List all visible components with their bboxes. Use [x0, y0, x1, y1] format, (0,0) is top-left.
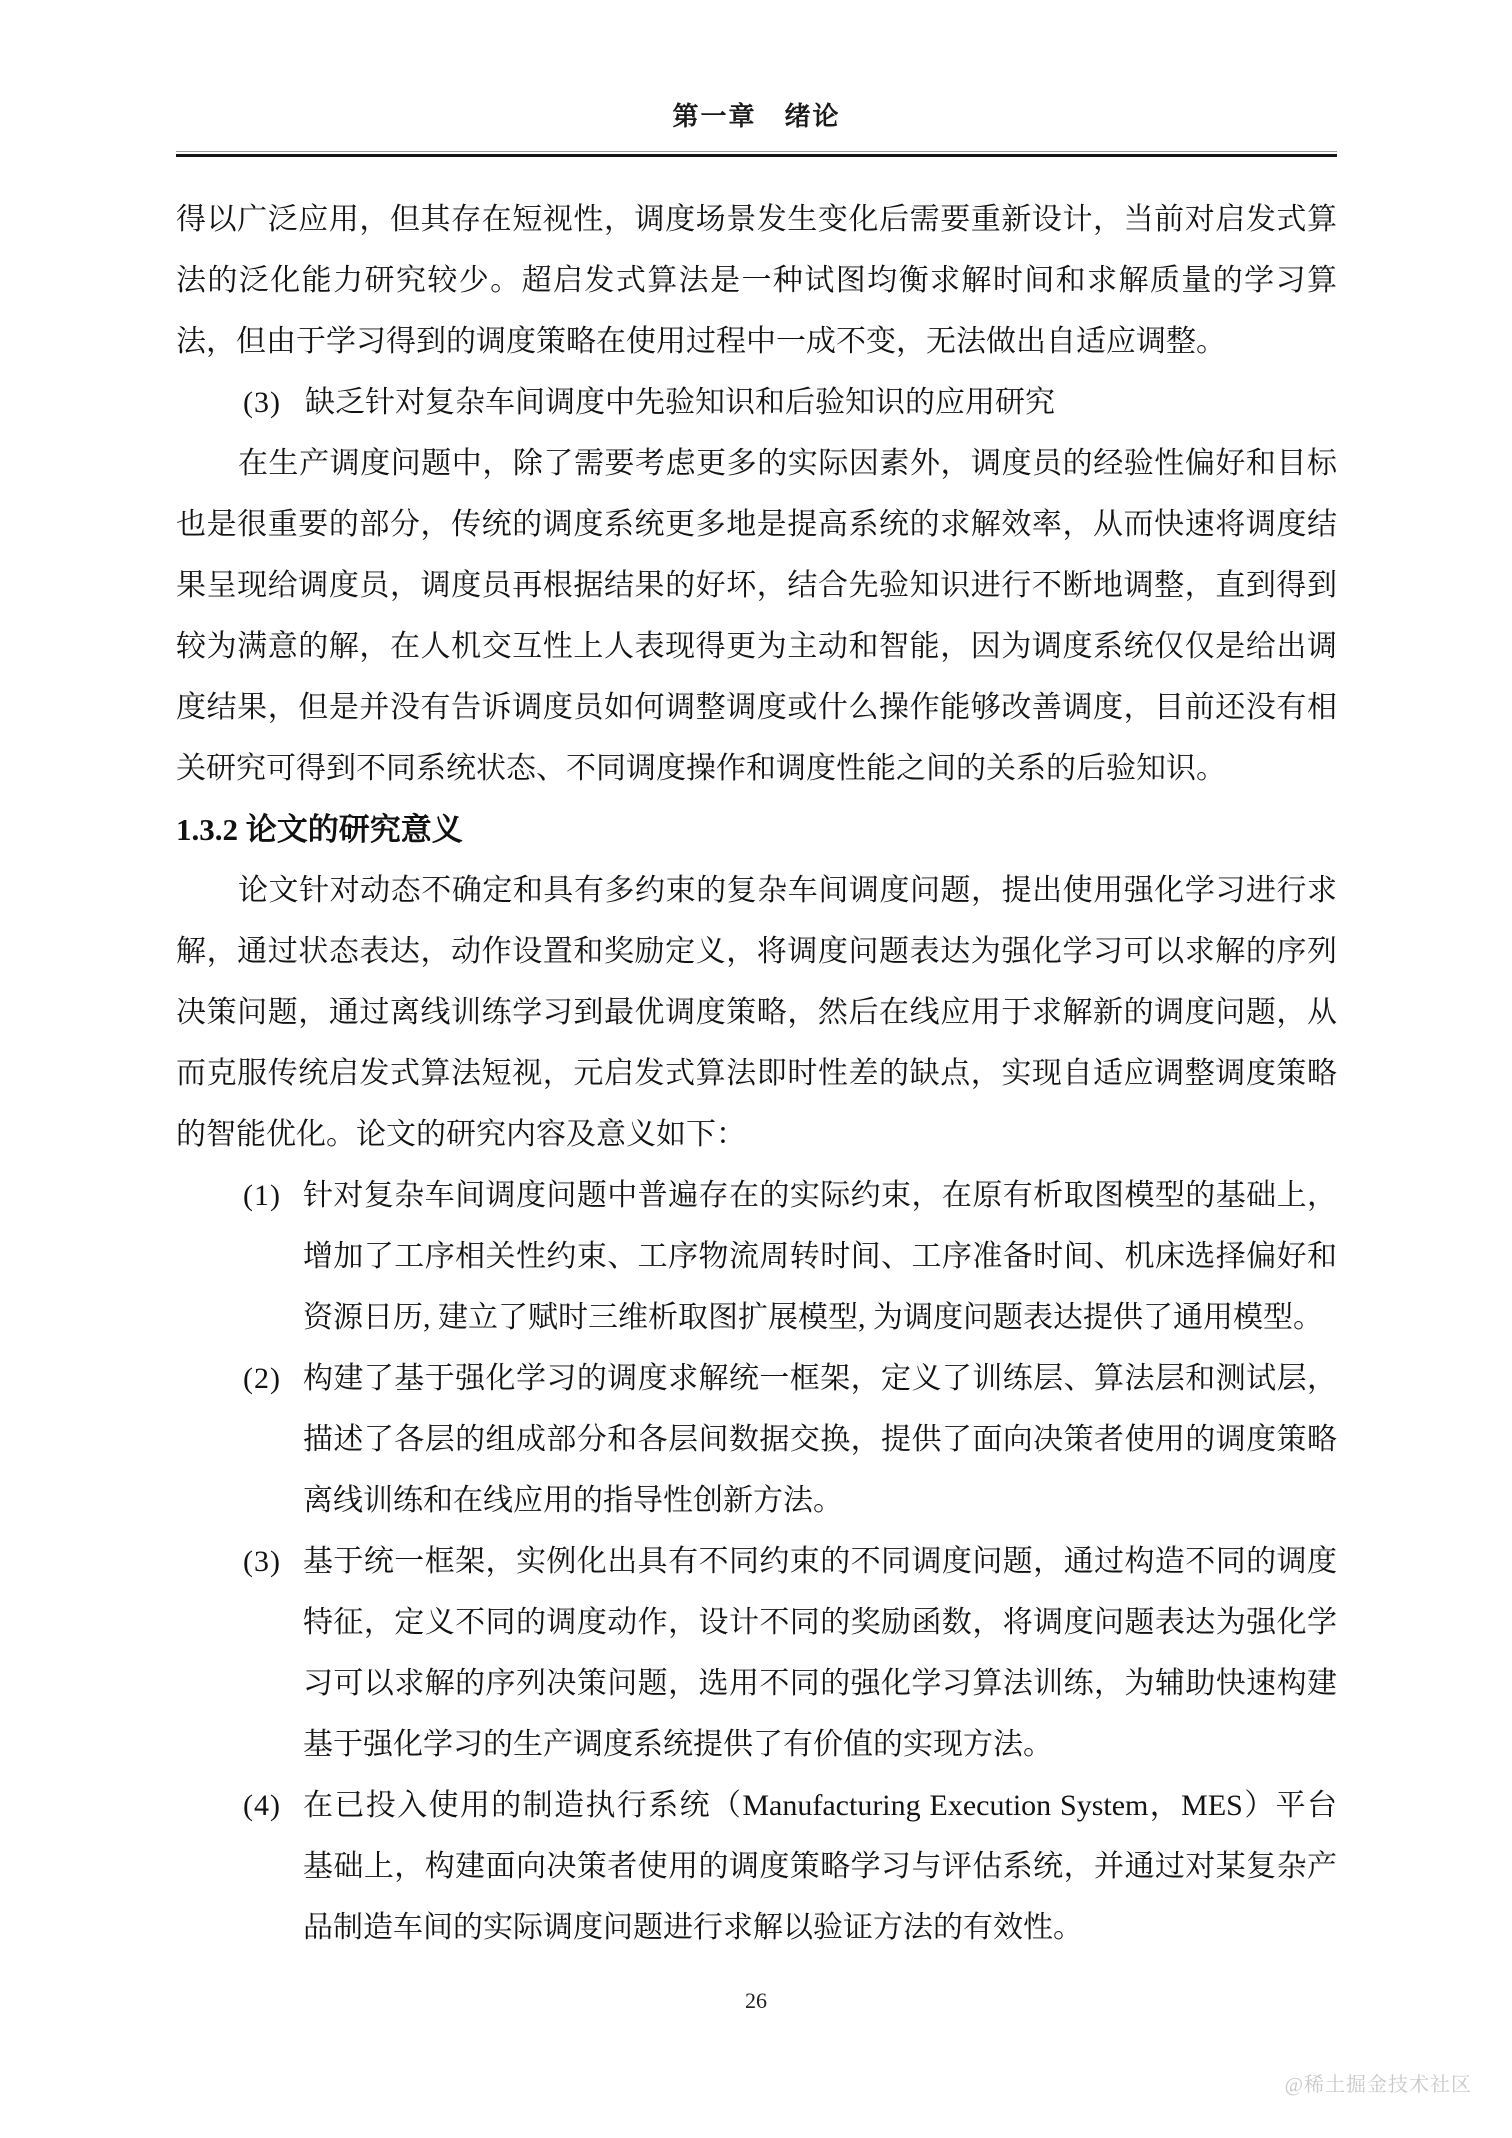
list-item-text: 基于统一框架，实例化出具有不同约束的不同调度问题，通过构造不同的调度特征，定义不…	[303, 1545, 1337, 1761]
list-item-heading: (3)缺乏针对复杂车间调度中先验知识和后验知识的应用研究	[176, 372, 1337, 433]
list-item-marker: (1)	[243, 1165, 301, 1226]
section-heading-1-3-2: 1.3.2 论文的研究意义	[176, 799, 1337, 860]
thesis-page: 第一章 绪论 得以广泛应用，但其存在短视性，调度场景发生变化后需要重新设计，当前…	[0, 0, 1512, 2138]
list-item: (1) 针对复杂车间调度问题中普遍存在的实际约束，在原有析取图模型的基础上，增加…	[176, 1165, 1337, 1348]
item-heading-marker: (3)	[243, 386, 281, 419]
chapter-running-head: 第一章 绪论	[176, 96, 1337, 133]
list-item: (4) 在已投入使用的制造执行系统（Manufacturing Executio…	[176, 1775, 1337, 1958]
list-item-text: 构建了基于强化学习的调度求解统一框架，定义了训练层、算法层和测试层，描述了各层的…	[303, 1362, 1337, 1517]
header-rule	[176, 151, 1337, 157]
contribution-list: (1) 针对复杂车间调度问题中普遍存在的实际约束，在原有析取图模型的基础上，增加…	[176, 1165, 1337, 1958]
item-heading-text: 缺乏针对复杂车间调度中先验知识和后验知识的应用研究	[305, 386, 1055, 419]
watermark-text: @稀土掘金技术社区	[1285, 2068, 1472, 2097]
list-item-marker: (3)	[243, 1531, 301, 1592]
paragraph-significance: 论文针对动态不确定和具有多约束的复杂车间调度问题，提出使用强化学习进行求解，通过…	[176, 860, 1337, 1165]
list-item-marker: (2)	[243, 1348, 301, 1409]
page-body: 得以广泛应用，但其存在短视性，调度场景发生变化后需要重新设计，当前对启发式算法的…	[176, 189, 1337, 1958]
list-item-text: 在已投入使用的制造执行系统（Manufacturing Execution Sy…	[303, 1789, 1337, 1944]
list-item: (2) 构建了基于强化学习的调度求解统一框架，定义了训练层、算法层和测试层，描述…	[176, 1348, 1337, 1531]
list-item: (3) 基于统一框架，实例化出具有不同约束的不同调度问题，通过构造不同的调度特征…	[176, 1531, 1337, 1775]
list-item-marker: (4)	[243, 1775, 301, 1836]
paragraph-prior-knowledge: 在生产调度问题中，除了需要考虑更多的实际因素外，调度员的经验性偏好和目标也是很重…	[176, 433, 1337, 799]
list-item-text: 针对复杂车间调度问题中普遍存在的实际约束，在原有析取图模型的基础上，增加了工序相…	[303, 1179, 1337, 1334]
paragraph-continuation: 得以广泛应用，但其存在短视性，调度场景发生变化后需要重新设计，当前对启发式算法的…	[176, 189, 1337, 372]
page-number: 26	[0, 1988, 1512, 2014]
